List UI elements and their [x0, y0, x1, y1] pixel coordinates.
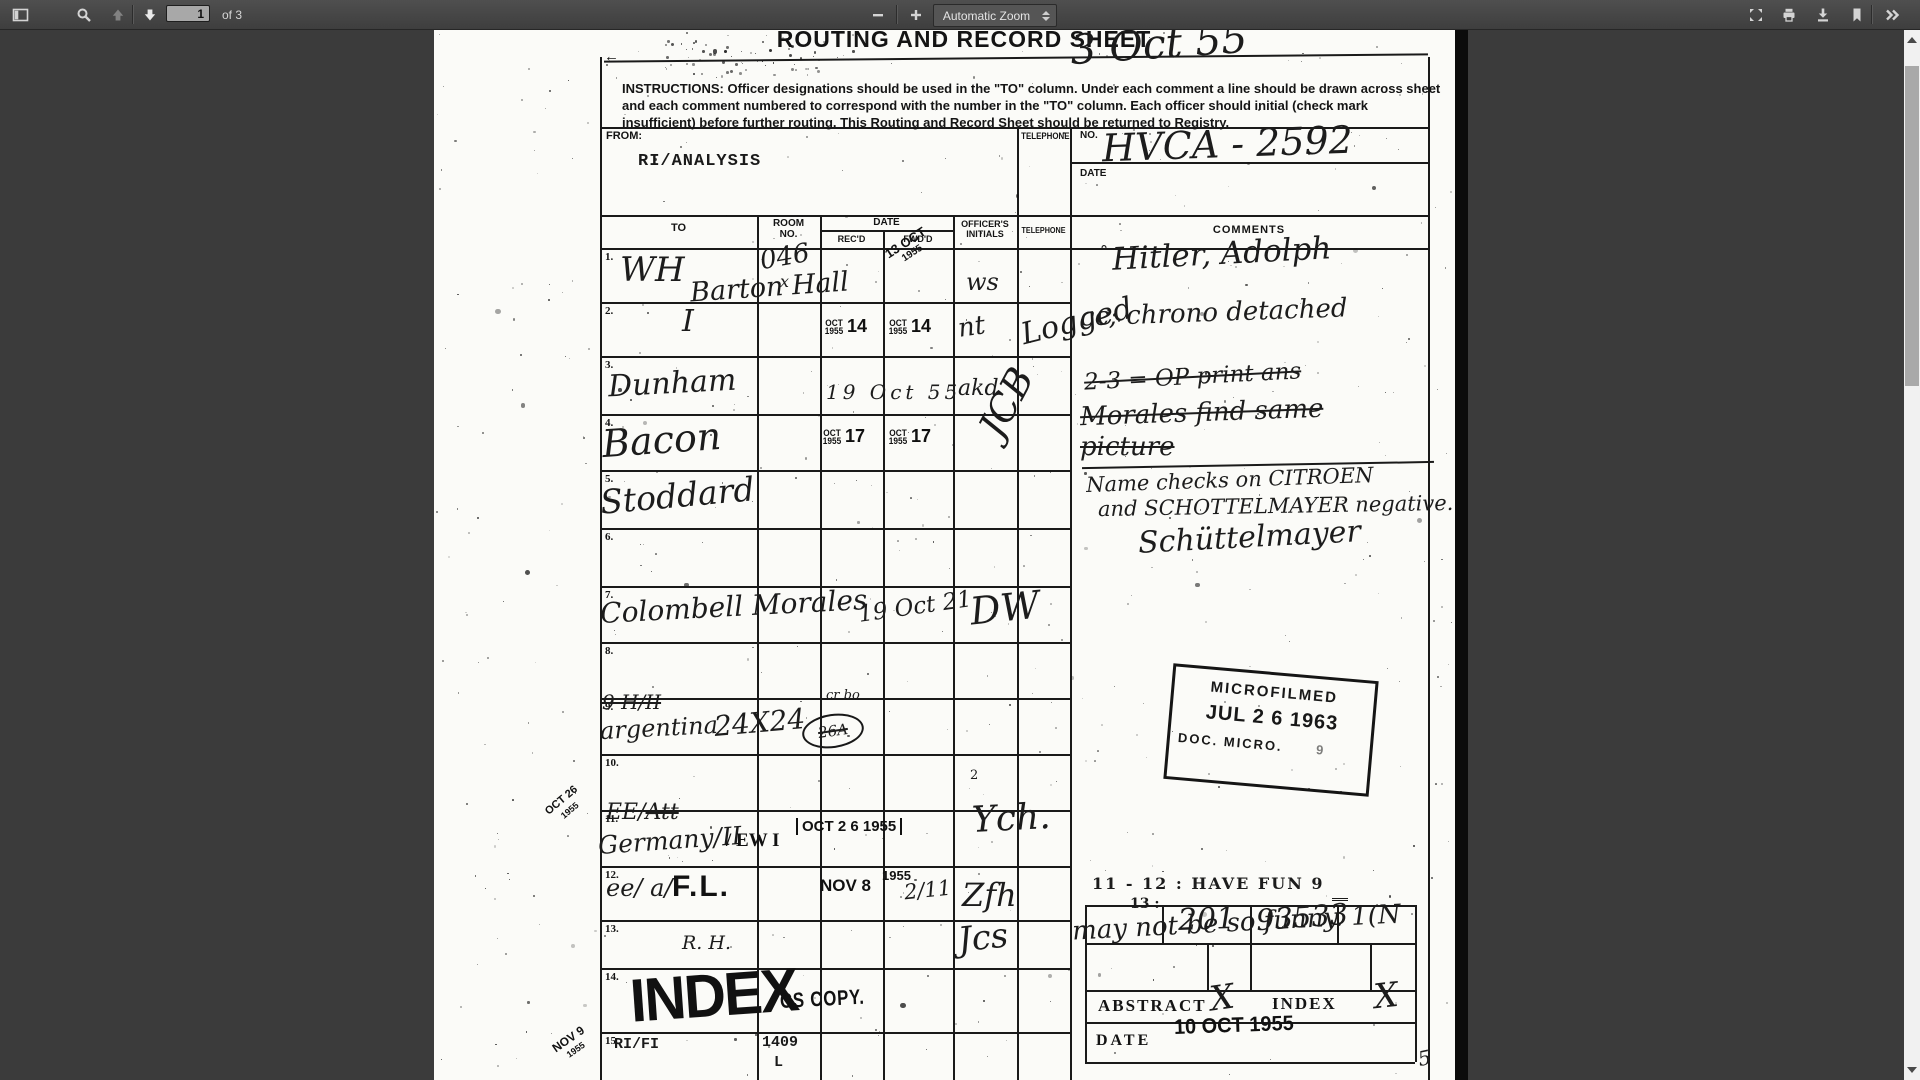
form-line: [600, 57, 602, 1080]
hw-row12-extra: 2/11: [903, 876, 952, 905]
stamp-row2-fwdd: OCT195514: [888, 316, 931, 337]
triangle-up-icon: [1907, 37, 1917, 43]
form-line: [1162, 905, 1164, 943]
hw-row13-to: R. H.: [682, 932, 731, 954]
form-line: [604, 53, 1428, 62]
viewer-canvas: ← ROUTING AND RECORD SHEET 3 Oct 55 INST…: [0, 30, 1920, 1080]
stamp-month-year: OCT1955: [889, 429, 907, 445]
hw-comment-struck1: 2-3 = OP print ans: [1083, 358, 1301, 395]
stamp-day: 14: [911, 316, 931, 337]
row15-room2: L: [774, 1054, 783, 1071]
stamp-row11-recd: OCT 2 6 1955: [796, 818, 902, 835]
hw-row11-initials: Ych.: [971, 796, 1052, 841]
form-line: [600, 754, 1070, 756]
triangle-down-icon: [1907, 1067, 1917, 1073]
form-line: [757, 215, 759, 1080]
hw-circled-text: 26A: [817, 720, 849, 742]
print-button[interactable]: [1777, 3, 1801, 26]
sidebar-toggle-icon: [12, 7, 29, 23]
row-number: 1.: [605, 251, 613, 263]
form-line: [600, 356, 1070, 358]
form-line: [820, 230, 953, 232]
scrollbar-down-button[interactable]: [1904, 1062, 1920, 1078]
hw-row7-to: Colombell Morales: [599, 583, 868, 630]
form-line: [1250, 905, 1252, 990]
plus-icon: [908, 7, 924, 23]
row15-to: RI/FI: [614, 1036, 659, 1053]
previous-page-button[interactable]: [106, 3, 130, 26]
find-button[interactable]: [72, 3, 96, 26]
search-icon: [76, 7, 92, 23]
col-header-telephone: TELEPHONE: [1020, 226, 1068, 235]
download-icon: [1815, 7, 1831, 23]
form-line: [600, 642, 1070, 644]
hw-row1-initials: ws: [966, 268, 999, 296]
printer-icon: [1781, 7, 1797, 23]
degree-mark: °: [1100, 242, 1108, 261]
col-header-date: DATE: [820, 217, 953, 228]
hw-row11-to1: EE/Att: [606, 800, 679, 825]
zoom-out-button[interactable]: [866, 3, 890, 26]
page-number-input[interactable]: [166, 5, 210, 22]
col-header-initials: OFFICER'S INITIALS: [953, 219, 1017, 239]
hw-comment-struck3: picture: [1080, 432, 1175, 462]
hw-row4-signature: JCB: [970, 360, 1043, 444]
download-button[interactable]: [1811, 3, 1835, 26]
toolbar-separator: [896, 5, 897, 24]
hw-row2-to: I: [682, 304, 694, 339]
hw-row9-above: cr bo: [826, 688, 860, 703]
page-count-label: of 3: [222, 8, 242, 22]
presentation-mode-button[interactable]: [1744, 3, 1768, 26]
form-line: [953, 215, 955, 1080]
next-page-button[interactable]: [138, 3, 162, 26]
stamp-row4-recd: OCT195517: [822, 426, 865, 447]
hw-index-mark: X: [1372, 975, 1400, 1017]
col-header-recd: REC'D: [820, 234, 883, 244]
hw-note-havefun: 11 - 12 : HAVE FUN 9: [1092, 874, 1325, 893]
form-line: [1415, 905, 1417, 1062]
bottom-date-label: DATE: [1096, 1032, 1151, 1050]
hand-arrow-mark: ←: [604, 48, 619, 65]
hw-row4-to: Bacon: [601, 414, 723, 466]
row-number: 8.: [605, 645, 613, 657]
document-page: ← ROUTING AND RECORD SHEET 3 Oct 55 INST…: [434, 30, 1468, 1080]
hw-row7-initials: DW: [968, 582, 1042, 633]
hw-struck-text: Att: [646, 800, 679, 825]
date-stamp-10oct: 10 OCT 1955: [1174, 1012, 1295, 1040]
form-line: [883, 230, 885, 1080]
stamp-row1-fwdd: 13 OCT1955: [883, 226, 934, 271]
stamp-month-year: OCT1955: [889, 319, 907, 335]
row-number: 2.: [605, 305, 613, 317]
index-stamp: INDEX: [628, 955, 800, 1037]
hw-document-number: HVCA - 2592: [1101, 118, 1353, 171]
form-line: [600, 215, 1428, 217]
toolbar-separator: [1871, 5, 1872, 24]
hw-row13-initials: Jcs: [956, 915, 1010, 960]
scan-edge: [1455, 30, 1468, 1080]
arrow-down-icon: [142, 7, 158, 23]
hw-row10-mark: 2: [970, 768, 978, 783]
toolbar-separator: [132, 5, 133, 24]
bookmark-icon: [1849, 7, 1865, 23]
double-chevron-icon: [1883, 7, 1901, 23]
cs-copy-stamp: CS COPY.: [779, 986, 865, 1014]
hw-comment-subject: Hitler, Adolph: [1111, 230, 1332, 277]
no-label: NO.: [1080, 130, 1098, 141]
pdf-toolbar: of 3 Automatic Zoom: [0, 0, 1920, 30]
scrollbar-thumb[interactable]: [1905, 66, 1919, 386]
form-line: [600, 528, 1070, 530]
arrow-up-icon: [110, 7, 126, 23]
stamp-row12-nov8: NOV 8: [820, 876, 871, 896]
form-line: [1085, 990, 1415, 992]
row-number: 14.: [605, 971, 619, 983]
form-line: [1428, 57, 1430, 1080]
date-label: DATE: [1080, 168, 1106, 179]
hw-row11-to2: Germany/II: [597, 821, 742, 860]
form-line: [1085, 1062, 1415, 1064]
hw-comment-struck2: Morales find same: [1080, 394, 1324, 432]
form-line: [820, 215, 822, 1080]
microfilmed-stamp: MICROFILMED JUL 2 6 1963 DOC. MICRO. 9: [1163, 663, 1378, 797]
instructions-label: INSTRUCTIONS:: [622, 81, 724, 96]
hw-file-number: 93533: [1255, 897, 1349, 937]
stamp-day: 17: [911, 426, 931, 447]
hw-row12-to: ee/ a/: [606, 874, 673, 902]
col-header-room: ROOM NO.: [757, 218, 820, 240]
form-line: [600, 470, 1070, 472]
row15-room1: 1409: [762, 1034, 798, 1051]
hw-row9-size: 24X24: [713, 702, 807, 743]
hw-row12-initials: Zfh: [962, 876, 1017, 914]
tools-menu-button[interactable]: [1880, 3, 1904, 26]
hw-row2-initials: nt: [956, 310, 987, 343]
form-line: [1085, 905, 1087, 1062]
select-caret-icon: [1039, 11, 1053, 21]
scrollbar-up-button[interactable]: [1904, 32, 1920, 48]
index-label: INDEX: [1272, 994, 1337, 1014]
from-value: RI/ANALYSIS: [638, 152, 761, 171]
hw-text: EE/: [606, 800, 646, 825]
hw-row11-ewi: / EW I: [726, 830, 780, 852]
hw-row9-to2: argentina: [599, 711, 718, 745]
fullscreen-icon: [1748, 7, 1764, 23]
zoom-select[interactable]: Automatic Zoom: [933, 4, 1057, 27]
stamp-month-year: OCT1955: [825, 319, 843, 335]
sidebar-toggle-button[interactable]: [8, 3, 32, 26]
minus-icon: [870, 7, 886, 23]
row-number: 10.: [605, 757, 619, 769]
row-number: 6.: [605, 531, 613, 543]
margin-stamp-nov9: NOV 91955: [550, 1024, 594, 1065]
from-label: FROM:: [606, 130, 642, 142]
stamp-month-year: OCT1955: [823, 429, 841, 445]
stamp-row2-recd: OCT195514: [824, 316, 867, 337]
hw-row7-date: 19 Oct 21: [857, 586, 974, 628]
hw-note-13: 13 :: [1130, 896, 1160, 912]
hw-row1-to: WH: [620, 250, 685, 290]
hw-header-date: 3 Oct 55: [1069, 30, 1249, 74]
form-line: [600, 302, 1070, 304]
hw-file-group: 201: [1177, 901, 1235, 938]
zoom-in-button[interactable]: [904, 3, 928, 26]
hw-row12-fl: F.L.: [672, 870, 730, 904]
bookmark-button[interactable]: [1845, 3, 1869, 26]
hw-row5-to: Stoddard: [599, 469, 756, 521]
abstract-label: ABSTRACT: [1098, 996, 1207, 1016]
telephone-label: TELEPHONE: [1021, 131, 1067, 141]
hw-row3-to: Dunham: [607, 363, 737, 405]
scrollbar: [1904, 30, 1920, 1080]
hw-row9-circled-scribble: 26A: [800, 710, 866, 752]
hw-corner-mark: 5: [1416, 1045, 1433, 1071]
stamp-day: 14: [847, 316, 867, 337]
stamp-day: 17: [845, 426, 865, 447]
zoom-select-label: Automatic Zoom: [934, 9, 1039, 23]
hw-schuttelmayer: Schüttelmayer: [1137, 514, 1361, 561]
margin-stamp-oct26: OCT 261955: [542, 783, 588, 828]
col-header-to: TO: [600, 222, 757, 234]
hw-namecheck-line2: and SCHOTTELMAYER negative.: [1098, 491, 1454, 521]
hw-row3-date: 19 Oct 55: [826, 380, 961, 404]
form-line: [600, 866, 1070, 868]
row-number: 13.: [605, 923, 619, 935]
hw-row9-struck: 9 H/II: [602, 690, 661, 714]
stamp-row4-fwdd: OCT195517: [888, 426, 931, 447]
